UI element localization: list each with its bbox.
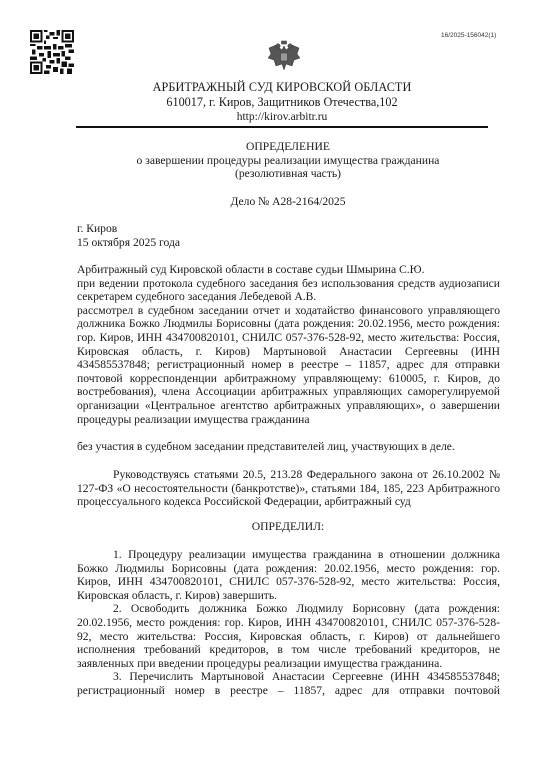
intro-section: Арбитражный суд Кировской области в сост… — [77, 263, 500, 426]
court-header: АРБИТРАЖНЫЙ СУД КИРОВСКОЙ ОБЛАСТИ 610017… — [76, 80, 488, 124]
decision-items: 1. Процедуру реализации имущества гражда… — [77, 548, 500, 698]
case-number: Дело № А28-2164/2025 — [76, 195, 500, 208]
city: г. Киров — [77, 222, 180, 236]
qr-code-icon — [30, 30, 74, 74]
decision-item-3: 3. Перечислить Мартыновой Анастасии Серг… — [77, 670, 500, 697]
decision-item-2: 2. Освободить должника Божко Людмилу Бор… — [77, 602, 500, 670]
court-composition: Арбитражный суд Кировской области в сост… — [77, 263, 500, 277]
legal-basis-paragraph: Руководствуясь статьями 20.5, 213.28 Фед… — [77, 468, 500, 509]
document-type: ОПРЕДЕЛЕНИЕ — [76, 140, 500, 154]
court-website-link[interactable]: http://kirov.arbitr.ru — [76, 110, 488, 124]
document-registration-number: 16/2025-156042(1) — [441, 32, 496, 39]
court-address: 610017, г. Киров, Защитников Отечества,1… — [76, 95, 488, 110]
consideration-text: рассмотрел в судебном заседании отчет и … — [77, 304, 500, 426]
header-divider — [76, 126, 488, 128]
document-subject: о завершении процедуры реализации имущес… — [76, 154, 500, 168]
document-part: (резолютивная часть) — [76, 167, 500, 181]
decision-item-1: 1. Процедуру реализации имущества гражда… — [77, 548, 500, 602]
court-name: АРБИТРАЖНЫЙ СУД КИРОВСКОЙ ОБЛАСТИ — [76, 80, 488, 95]
absent-parties-note: без участия в судебном заседании предста… — [77, 440, 500, 454]
decided-heading: ОПРЕДЕЛИЛ: — [76, 520, 500, 533]
document-title-block: ОПРЕДЕЛЕНИЕ о завершении процедуры реали… — [76, 140, 500, 181]
date: 15 октября 2025 года — [77, 236, 180, 250]
russian-coat-of-arms-icon — [266, 40, 302, 74]
protocol-note: при ведении протокола судебного заседани… — [77, 277, 500, 304]
place-and-date: г. Киров 15 октября 2025 года — [77, 222, 180, 249]
